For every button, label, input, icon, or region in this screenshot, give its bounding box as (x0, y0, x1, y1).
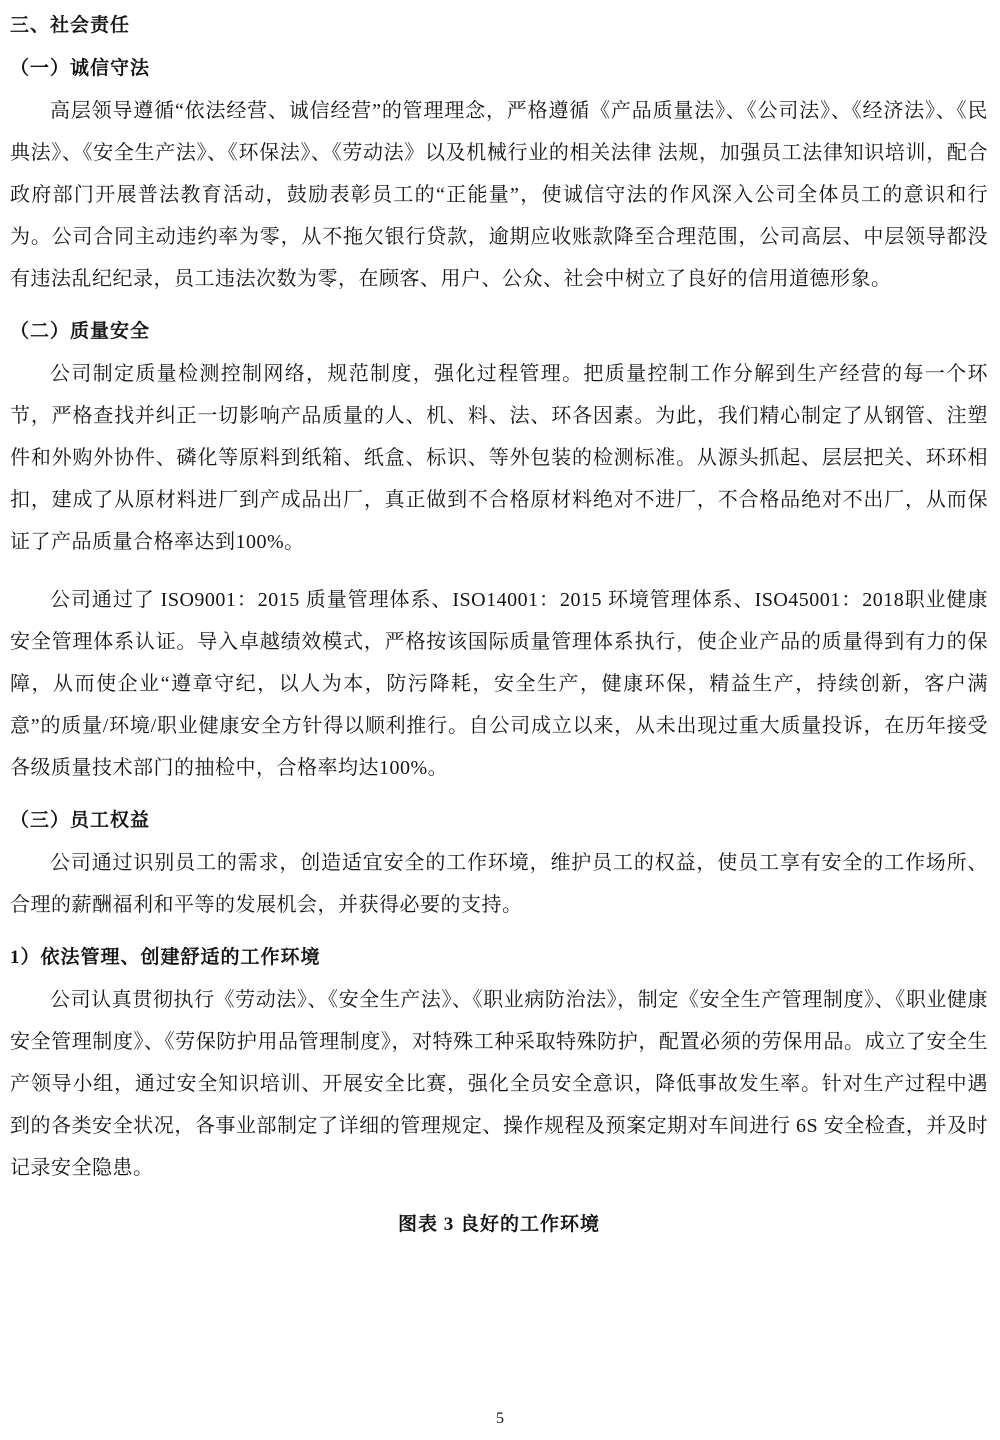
paragraph-quality-control: 公司制定质量检测控制网络，规范制度，强化过程管理。把质量控制工作分解到生产经营的… (10, 353, 988, 563)
page-number: 5 (0, 1410, 1000, 1428)
section-heading-employee-rights: （三）员工权益 (10, 805, 988, 832)
document-page: 三、社会责任 （一）诚信守法 高层领导遵循“依法经营、诚信经营”的管理理念，严格… (0, 0, 1000, 1440)
paragraph-safety-management: 公司认真贯彻执行《劳动法》、《安全生产法》、《职业病防治法》，制定《安全生产管理… (10, 979, 988, 1189)
figure-caption: 图表 3 良好的工作环境 (10, 1209, 988, 1236)
section-quality-safety: （二）质量安全 公司制定质量检测控制网络，规范制度，强化过程管理。把质量控制工作… (10, 316, 988, 789)
paragraph-employee-needs: 公司通过识别员工的需求，创造适宜安全的工作环境，维护员工的权益，使员工享有安全的… (10, 842, 988, 926)
page-title: 三、社会责任 (10, 10, 988, 37)
section-employee-rights: （三）员工权益 公司通过识别员工的需求，创造适宜安全的工作环境，维护员工的权益，… (10, 805, 988, 926)
section-lawful-management: 1）依法管理、创建舒适的工作环境 公司认真贯彻执行《劳动法》、《安全生产法》、《… (10, 942, 988, 1189)
paragraph-honesty-law: 高层领导遵循“依法经营、诚信经营”的管理理念，严格遵循《产品质量法》、《公司法》… (10, 90, 988, 300)
section-heading-honesty-law: （一）诚信守法 (10, 53, 988, 80)
section-heading-lawful-management: 1）依法管理、创建舒适的工作环境 (10, 942, 988, 969)
section-heading-quality-safety: （二）质量安全 (10, 316, 988, 343)
section-honesty-law: （一）诚信守法 高层领导遵循“依法经营、诚信经营”的管理理念，严格遵循《产品质量… (10, 53, 988, 300)
paragraph-iso-certification: 公司通过了 ISO9001：2015 质量管理体系、ISO14001：2015 … (10, 579, 988, 789)
